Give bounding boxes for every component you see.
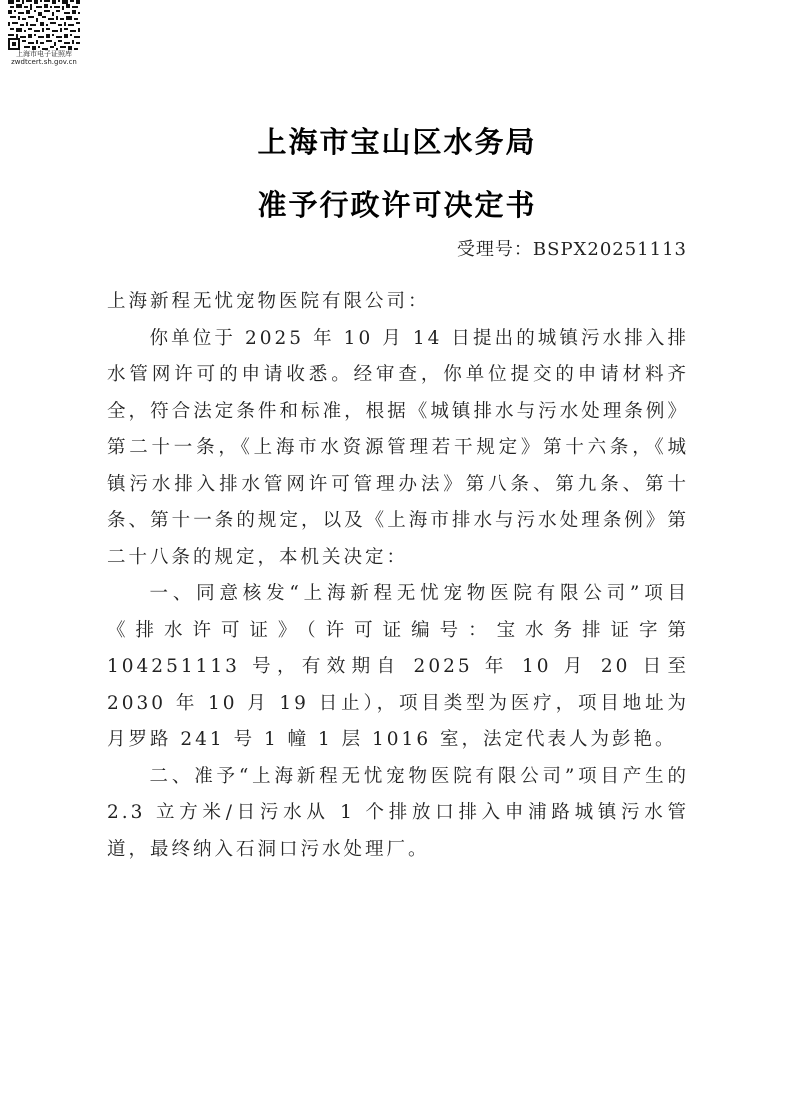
reference-number: 受理号：BSPX20251113 xyxy=(457,235,687,261)
paragraph-decision-2: 二、准予“上海新程无忧宠物医院有限公司”项目产生的 2.3 立方米/日污水从 1… xyxy=(107,759,689,869)
reference-value: BSPX20251113 xyxy=(533,239,687,260)
qr-code-block: 上海市电子证照库 zwdtcert.sh.gov.cn xyxy=(6,0,82,66)
qr-caption-url: zwdtcert.sh.gov.cn xyxy=(4,58,84,66)
document-body: 上海新程无忧宠物医院有限公司： 你单位于 2025 年 10 月 14 日提出的… xyxy=(107,284,689,868)
paragraph-decision-1: 一、同意核发“上海新程无忧宠物医院有限公司”项目《排水许可证》（许可证编号：宝水… xyxy=(107,576,689,759)
addressee: 上海新程无忧宠物医院有限公司： xyxy=(107,284,689,321)
qr-code-icon[interactable] xyxy=(8,0,80,50)
reference-label: 受理号： xyxy=(457,239,533,260)
document-title: 准予行政许可决定书 xyxy=(0,183,794,224)
paragraph-review: 你单位于 2025 年 10 月 14 日提出的城镇污水排入排水管网许可的申请收… xyxy=(107,321,689,577)
issuer-title: 上海市宝山区水务局 xyxy=(0,120,794,161)
qr-caption-cn: 上海市电子证照库 xyxy=(4,50,84,58)
